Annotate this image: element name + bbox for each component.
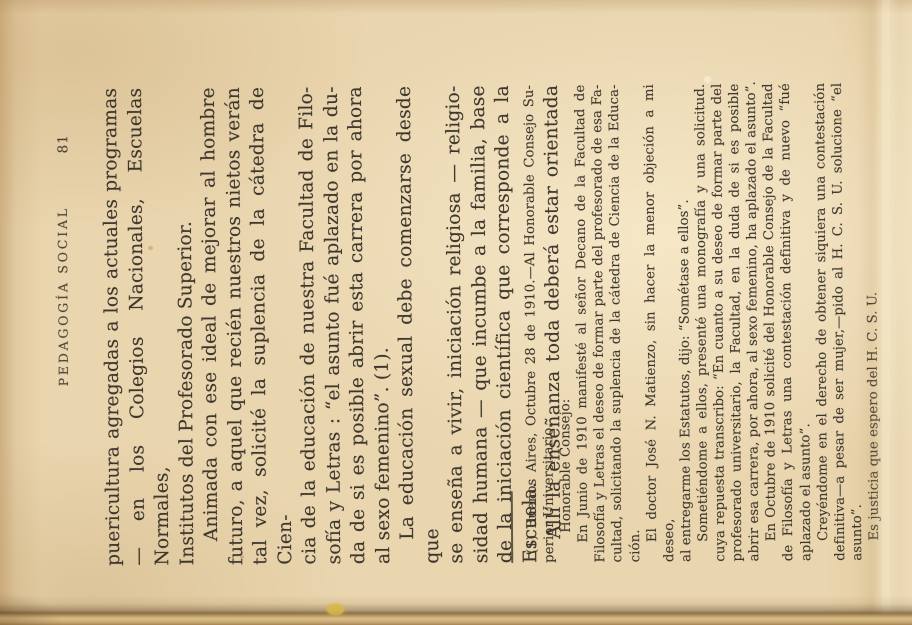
text-line: se enseña a vivir, iniciación religiosa … — [441, 85, 469, 563]
text-line: al sexo femenino”. (1). — [368, 85, 396, 563]
page-number: 81 — [55, 134, 71, 153]
text-line: definitiva—a pesar de ser mujer,—pido al… — [828, 82, 848, 560]
text-line: de la iniciación científica que correspo… — [490, 85, 518, 563]
scanned-book-page: PEDAGOGÍA SOCIAL 81 puericultura agregad… — [0, 0, 912, 625]
text-line: sofía y Letras : “el asunto fué aplazado… — [319, 86, 347, 564]
text-line: puericultura agregadas a los actuales pr… — [98, 87, 126, 565]
text-line: de Filosofía y Letras una contestación d… — [777, 83, 797, 561]
paper-speck — [704, 76, 711, 83]
text-line: cultad, solicitando la suplencia de la c… — [606, 84, 626, 562]
text-line: (1) Buenos Aires, Octubre 28 de 1910.—Al… — [520, 84, 540, 562]
text-line: Animada con ese ideal de mejorar al homb… — [196, 87, 224, 565]
page-crease — [882, 0, 890, 625]
paper-speck — [148, 246, 153, 250]
text-line: — en los Colegios Nacionales, Escuelas N… — [123, 87, 175, 565]
text-line: tal vez, solicité la suplencia de la cát… — [245, 86, 297, 564]
paper-speck — [240, 555, 244, 559]
book-bottom-edge — [0, 595, 912, 625]
text-line: Es justicia que espero del H. C. S. U. — [862, 82, 882, 560]
text-line: sidad humana — que incumbe a la familia,… — [466, 85, 494, 563]
paper-speck — [836, 118, 842, 121]
running-title: PEDAGOGÍA SOCIAL — [53, 88, 71, 566]
text-line: Creyéndome en el derecho de obtener siqu… — [811, 82, 831, 560]
text-line: futuro, a aquel que recién nuestros niet… — [221, 86, 249, 564]
paper-speck — [327, 604, 344, 615]
text-line: cia de la educación de nuestra Facultad … — [294, 86, 322, 564]
text-line: da de si es posible abrir esta carrera p… — [343, 86, 371, 564]
footnote-text: (1) Buenos Aires, Octubre 28 de 1910.—Al… — [520, 82, 882, 562]
main-text: puericultura agregadas a los actuales pr… — [98, 84, 567, 565]
footnote-divider — [510, 491, 513, 563]
rotated-page: PEDAGOGÍA SOCIAL 81 puericultura agregad… — [0, 0, 912, 625]
page-header: PEDAGOGÍA SOCIAL 81 — [53, 88, 80, 566]
text-line: El doctor José N. Matienzo, sin hacer la… — [640, 83, 678, 561]
text-line: La educación sexual debe comenzarse desd… — [392, 85, 444, 563]
text-line: Institutos del Profesorado Superior. — [172, 87, 200, 565]
bottom-left-corner-shadow — [0, 577, 90, 625]
